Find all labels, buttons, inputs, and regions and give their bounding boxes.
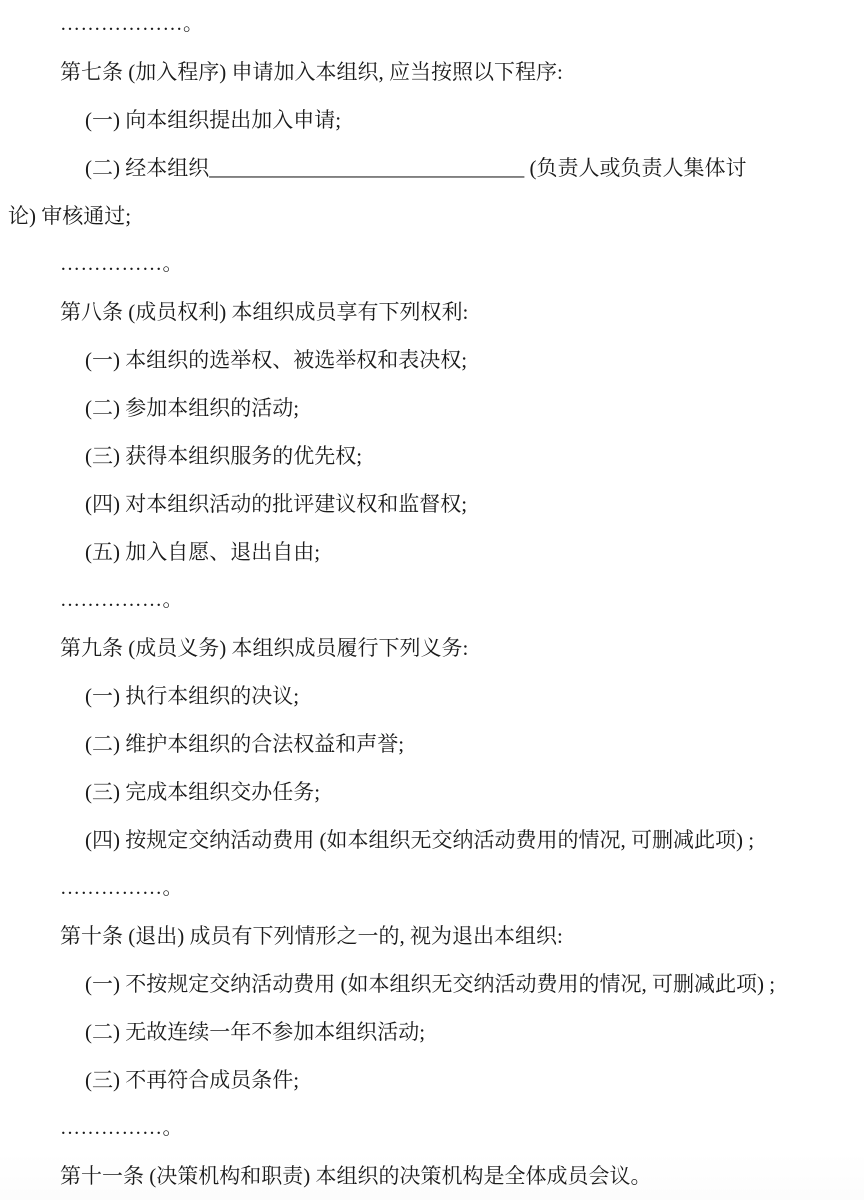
article-9-item-4: (四) 按规定交纳活动费用 (如本组织无交纳活动费用的情况, 可删减此项) ;: [8, 816, 856, 864]
dotted-line: ……………。: [8, 864, 856, 912]
article-7-item-2: (二) 经本组织______________________________ (…: [8, 144, 856, 192]
article-9-item-3: (三) 完成本组织交办任务;: [8, 768, 856, 816]
article-8-item-1: (一) 本组织的选举权、被选举权和表决权;: [8, 336, 856, 384]
article-10-item-1: (一) 不按规定交纳活动费用 (如本组织无交纳活动费用的情况, 可删减此项) ;: [8, 960, 856, 1008]
article-11-heading: 第十一条 (决策机构和职责) 本组织的决策机构是全体成员会议。: [8, 1152, 856, 1200]
article-8-item-4: (四) 对本组织活动的批评建议权和监督权;: [8, 480, 856, 528]
article-9-item-2: (二) 维护本组织的合法权益和声誉;: [8, 720, 856, 768]
article-8-item-3: (三) 获得本组织服务的优先权;: [8, 432, 856, 480]
article-7-heading: 第七条 (加入程序) 申请加入本组织, 应当按照以下程序:: [8, 48, 856, 96]
article-8-item-5: (五) 加入自愿、退出自由;: [8, 528, 856, 576]
article-8-item-2: (二) 参加本组织的活动;: [8, 384, 856, 432]
dotted-line: ………………。: [8, 0, 856, 48]
article-10-item-3: (三) 不再符合成员条件;: [8, 1056, 856, 1104]
article-9-item-1: (一) 执行本组织的决议;: [8, 672, 856, 720]
dotted-line: ……………。: [8, 576, 856, 624]
article-7-item-2-wrap: 论) 审核通过;: [8, 192, 856, 240]
document-page: ………………。第七条 (加入程序) 申请加入本组织, 应当按照以下程序:(一) …: [0, 0, 864, 1200]
dotted-line: ……………。: [8, 1104, 856, 1152]
dotted-line: ……………。: [8, 240, 856, 288]
document-body: ………………。第七条 (加入程序) 申请加入本组织, 应当按照以下程序:(一) …: [8, 0, 856, 1200]
article-10-heading: 第十条 (退出) 成员有下列情形之一的, 视为退出本组织:: [8, 912, 856, 960]
article-8-heading: 第八条 (成员权利) 本组织成员享有下列权利:: [8, 288, 856, 336]
article-10-item-2: (二) 无故连续一年不参加本组织活动;: [8, 1008, 856, 1056]
article-9-heading: 第九条 (成员义务) 本组织成员履行下列义务:: [8, 624, 856, 672]
article-7-item-1: (一) 向本组织提出加入申请;: [8, 96, 856, 144]
